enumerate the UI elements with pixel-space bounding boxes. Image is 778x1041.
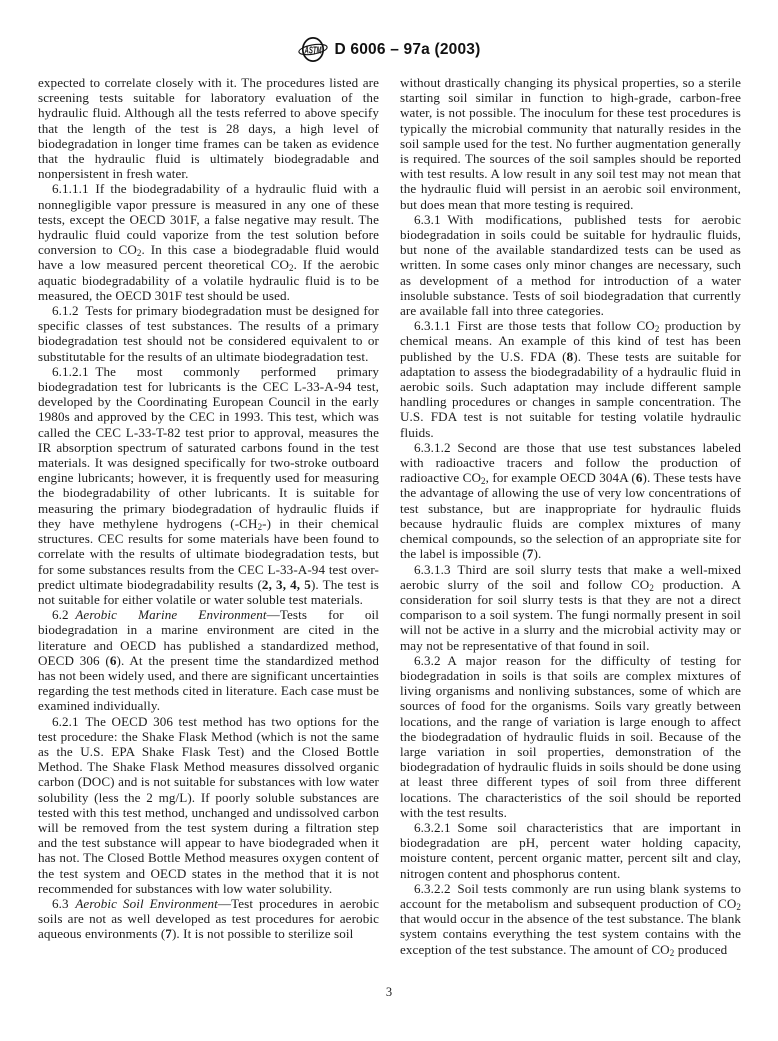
paragraph: 6.2 Aerobic Marine Environment—Tests for… [38,607,379,713]
paragraph: 6.3.1 With modifications, published test… [400,212,741,318]
paragraph: 6.3.2 A major reason for the difficulty … [400,653,741,820]
paragraph: 6.3.1.1 First are those tests that follo… [400,318,741,440]
page-number: 3 [386,985,392,999]
two-column-text-body: expected to correlate closely with it. T… [38,75,742,957]
page-footer: 3 [0,985,778,1000]
document-page: ASTM D 6006 – 97a (2003) expected to cor… [0,0,778,1041]
paragraph: 6.1.2 Tests for primary biodegradation m… [38,303,379,364]
paragraph: 6.1.2.1 The most commonly performed prim… [38,364,379,607]
paragraph: 6.2.1 The OECD 306 test method has two o… [38,714,379,896]
document-designation: D 6006 – 97a (2003) [335,41,481,59]
paragraph: without drastically changing its physica… [400,75,741,212]
paragraph: 6.3.2.1 Some soil characteristics that a… [400,820,741,881]
astm-logo-icon: ASTM [298,36,328,63]
page-header: ASTM D 6006 – 97a (2003) [0,36,778,63]
paragraph: expected to correlate closely with it. T… [38,75,379,181]
left-column: expected to correlate closely with it. T… [38,75,379,957]
paragraph: 6.3.1.3 Third are soil slurry tests that… [400,562,741,653]
right-column: without drastically changing its physica… [400,75,741,957]
paragraph: 6.3 Aerobic Soil Environment—Test proced… [38,896,379,942]
paragraph: 6.3.1.2 Second are those that use test s… [400,440,741,562]
paragraph: 6.1.1.1 If the biodegradability of a hyd… [38,181,379,303]
paragraph: 6.3.2.2 Soil tests commonly are run usin… [400,881,741,957]
